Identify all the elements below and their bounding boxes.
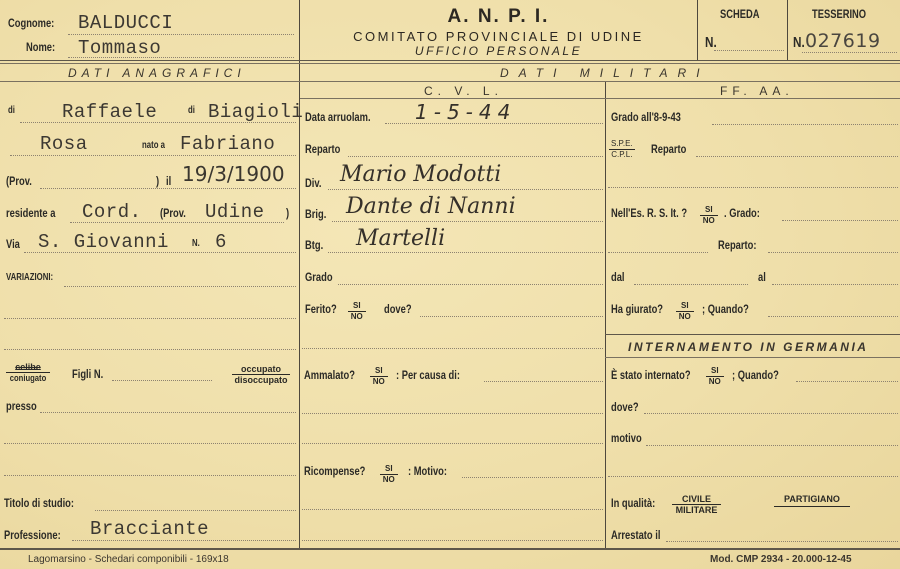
presso-label: presso: [6, 399, 37, 413]
variazioni-label: VARIAZIONI:: [6, 272, 53, 283]
variazioni-line-2: [4, 318, 296, 319]
grado-label: Grado: [305, 270, 333, 284]
internato-si-no: SI NO: [706, 366, 724, 387]
nato-label: nato a: [142, 140, 165, 151]
tesserino-label: TESSERINO: [812, 7, 866, 21]
cvl-blank-line-4: [302, 509, 603, 510]
giurato-quando-label: ; Quando?: [702, 302, 749, 316]
ffaa-blank-line: [608, 187, 898, 188]
divider-header-right: [697, 0, 698, 60]
org-title: A. N. P. I.: [300, 6, 697, 28]
grado-line: [338, 284, 603, 285]
ffaa-reparto-line: [696, 156, 898, 157]
variazioni-line-1: [64, 286, 296, 287]
res-prov-value: Udine: [205, 201, 265, 223]
occupato: occupato: [232, 364, 290, 375]
spe-cpl: S.P.E. C.P.L.: [609, 139, 635, 160]
data-arruolam-value: 1-5-44: [415, 100, 516, 124]
professione-line: [72, 540, 296, 541]
scheda-line: [714, 50, 784, 51]
org-office: UFFICIO PERSONALE: [300, 44, 697, 58]
header-rule-bottom: [0, 63, 900, 64]
genitori-line: [20, 122, 296, 123]
internamento-dove-line: [644, 413, 898, 414]
al-label: al: [758, 270, 766, 284]
madre-prefix: di: [188, 105, 195, 116]
internamento-dove-label: dove?: [611, 400, 639, 414]
stato-civile-value: coniugato: [9, 373, 46, 383]
nome-value: Tommaso: [78, 37, 161, 59]
rsi-reparto-line-left: [608, 252, 708, 253]
madre-nome: Rosa: [40, 133, 88, 155]
residente-value: Cord.: [82, 201, 142, 223]
internato-quando-line: [796, 381, 898, 382]
ffaa-grado-line: [712, 124, 898, 125]
anag-blank-line-1: [4, 443, 296, 444]
tesserino-line: [802, 52, 897, 53]
stato-civile: celibe coniugato: [6, 362, 50, 383]
al-line: [772, 284, 898, 285]
giurato-label: Ha giurato?: [611, 302, 663, 316]
motivo-line: [462, 477, 603, 478]
prov-close: ): [156, 174, 159, 188]
dove-label: dove?: [384, 302, 412, 316]
cvl-blank-line-5: [302, 540, 603, 541]
numero-label: N.: [192, 238, 200, 249]
rsi-si-no: SI NO: [700, 205, 718, 226]
header-rule-top: [0, 60, 900, 61]
arrestato-line: [666, 541, 898, 542]
numero-value: 6: [215, 231, 227, 253]
ffaa-reparto-label: Reparto: [651, 142, 686, 156]
cognome-label: Cognome:: [8, 16, 54, 30]
professione-value: Bracciante: [90, 518, 209, 540]
motivo-label: : Motivo:: [408, 464, 447, 478]
cvl-blank-line-3: [302, 443, 603, 444]
nascita-line: [10, 155, 296, 156]
rsi-reparto-label: Reparto:: [718, 238, 756, 252]
dal-line: [634, 284, 748, 285]
internato-no: NO: [709, 377, 721, 387]
brig-label: Brig.: [305, 207, 326, 221]
nome-label: Nome:: [26, 40, 55, 54]
internato-label: È stato internato?: [611, 368, 691, 382]
cvl-blank-line-1: [302, 348, 603, 349]
residente-line: [70, 222, 284, 223]
section-ffaa: FF. AA.: [720, 84, 794, 98]
cognome-value: BALDUCCI: [78, 12, 173, 34]
disoccupato: disoccupato: [232, 375, 290, 385]
internamento-blank-line: [608, 476, 898, 477]
internamento-motivo-line: [646, 445, 898, 446]
rsi-si: SI: [700, 205, 718, 216]
dove-line: [420, 316, 603, 317]
ammalato-si: SI: [370, 366, 388, 377]
btg-label: Btg.: [305, 238, 323, 252]
reparto-label: Reparto: [305, 142, 340, 156]
giurato-si: SI: [676, 301, 694, 312]
ricompense-label: Ricompense?: [304, 464, 365, 478]
rsi-grado-line: [782, 220, 898, 221]
anag-blank-line-2: [4, 475, 296, 476]
ricompense-no: NO: [383, 475, 395, 485]
rsi-no: NO: [703, 216, 715, 226]
ricompense-si: SI: [380, 464, 398, 475]
nome-line: [68, 57, 294, 58]
padre-prefix: di: [8, 105, 15, 116]
arrestato-label: Arrestato il: [611, 528, 660, 542]
internamento-motivo-label: motivo: [611, 431, 642, 445]
militare: MILITARE: [676, 505, 718, 515]
via-line: [24, 252, 296, 253]
brig-value: Dante di Nanni: [346, 194, 516, 219]
dal-label: dal: [611, 270, 625, 284]
btg-line: [328, 252, 603, 253]
div-label: Div.: [305, 176, 321, 190]
section-rule: [0, 81, 900, 82]
partigiano: PARTIGIANO: [774, 494, 850, 507]
stato-civile-struck: celibe: [6, 362, 50, 373]
div-value: Mario Modotti: [340, 162, 501, 187]
section-internamento: INTERNAMENTO IN GERMANIA: [628, 340, 868, 354]
civile-militare: CIVILE MILITARE: [672, 494, 721, 515]
scheda-n-label: N.: [705, 34, 717, 51]
footer-rule: [0, 548, 900, 550]
res-prov-close: ): [286, 206, 289, 220]
btg-value: Martelli: [356, 226, 445, 251]
ffaa-grado-label: Grado all'8-9-43: [611, 110, 681, 124]
data-arruolam-line: [385, 123, 603, 124]
tesserino-n-label: N.: [793, 34, 805, 51]
nato-value: Fabriano: [180, 133, 275, 155]
ferito-label: Ferito?: [305, 302, 337, 316]
prov-line: [40, 188, 296, 189]
per-causa-line: [484, 381, 603, 382]
per-causa-label: : Per causa di:: [396, 368, 460, 382]
prov-label: (Prov.: [6, 174, 32, 188]
data-arruolam-label: Data arruolam.: [305, 110, 371, 124]
ammalato-label: Ammalato?: [304, 368, 355, 382]
occupazione: occupato disoccupato: [232, 364, 290, 385]
section-dati-militari: DATI MILITARI: [500, 66, 710, 80]
div-line: [328, 189, 603, 190]
giurato-si-no: SI NO: [676, 301, 694, 322]
ferito-no: NO: [351, 312, 363, 322]
ammalato-si-no: SI NO: [370, 366, 388, 387]
subsection-rule: [300, 98, 900, 99]
internato-si: SI: [706, 366, 724, 377]
via-value: S. Giovanni: [38, 231, 169, 253]
internamento-rule-bottom: [605, 357, 900, 358]
section-dati-anagrafici: DATI ANAGRAFICI: [68, 66, 246, 80]
cvl-blank-line-2: [302, 413, 603, 414]
internato-quando-label: ; Quando?: [732, 368, 779, 382]
ammalato-no: NO: [373, 377, 385, 387]
scheda-label: SCHEDA: [720, 7, 760, 21]
padre-value: Raffaele: [62, 101, 157, 123]
rsi-reparto-line: [768, 252, 898, 253]
residente-label: residente a: [6, 206, 55, 220]
titolo-studio-line: [95, 510, 296, 511]
giurato-no: NO: [679, 312, 691, 322]
internamento-rule-top: [605, 334, 900, 335]
ricompense-si-no: SI NO: [380, 464, 398, 485]
anpi-personnel-card: Cognome: BALDUCCI Nome: Tommaso A. N. P.…: [0, 0, 900, 569]
tesserino-value: 027619: [805, 30, 881, 52]
variazioni-line-3: [4, 349, 296, 350]
qualita-label: In qualità:: [611, 496, 655, 510]
rsi-label: Nell'Es. R. S. It. ?: [611, 206, 687, 220]
brig-line: [332, 221, 603, 222]
figli-label: Figli N.: [72, 367, 103, 381]
divider-header-left: [299, 0, 300, 548]
footer-model: Mod. CMP 2934 - 20.000-12-45: [710, 554, 852, 565]
figli-line: [112, 380, 212, 381]
via-label: Via: [6, 237, 20, 251]
section-cvl: C. V. L.: [424, 84, 503, 98]
ferito-si-no: SI NO: [348, 301, 366, 322]
divider-scheda-tesserino: [787, 0, 788, 60]
cognome-line: [68, 34, 294, 35]
data-nascita: 19/3/1900: [182, 162, 285, 186]
professione-label: Professione:: [4, 528, 61, 542]
cpl: C.P.L.: [611, 150, 632, 160]
madre-value: Biagioli: [208, 101, 303, 123]
org-subtitle: COMITATO PROVINCIALE DI UDINE: [300, 29, 697, 44]
ferito-si: SI: [348, 301, 366, 312]
titolo-studio-label: Titolo di studio:: [4, 496, 74, 510]
reparto-line: [348, 156, 603, 157]
il-label: il: [166, 174, 171, 188]
civile: CIVILE: [672, 494, 721, 505]
footer-printer: Lagomarsino - Schedari componibili - 169…: [28, 554, 229, 565]
giurato-quando-line: [768, 316, 898, 317]
spe: S.P.E.: [609, 139, 635, 150]
divider-cvl-ffaa: [605, 82, 606, 548]
rsi-grado-label: . Grado:: [724, 206, 760, 220]
org-header: A. N. P. I. COMITATO PROVINCIALE DI UDIN…: [300, 6, 697, 58]
presso-line: [40, 412, 296, 413]
res-prov-label: (Prov.: [160, 206, 186, 220]
